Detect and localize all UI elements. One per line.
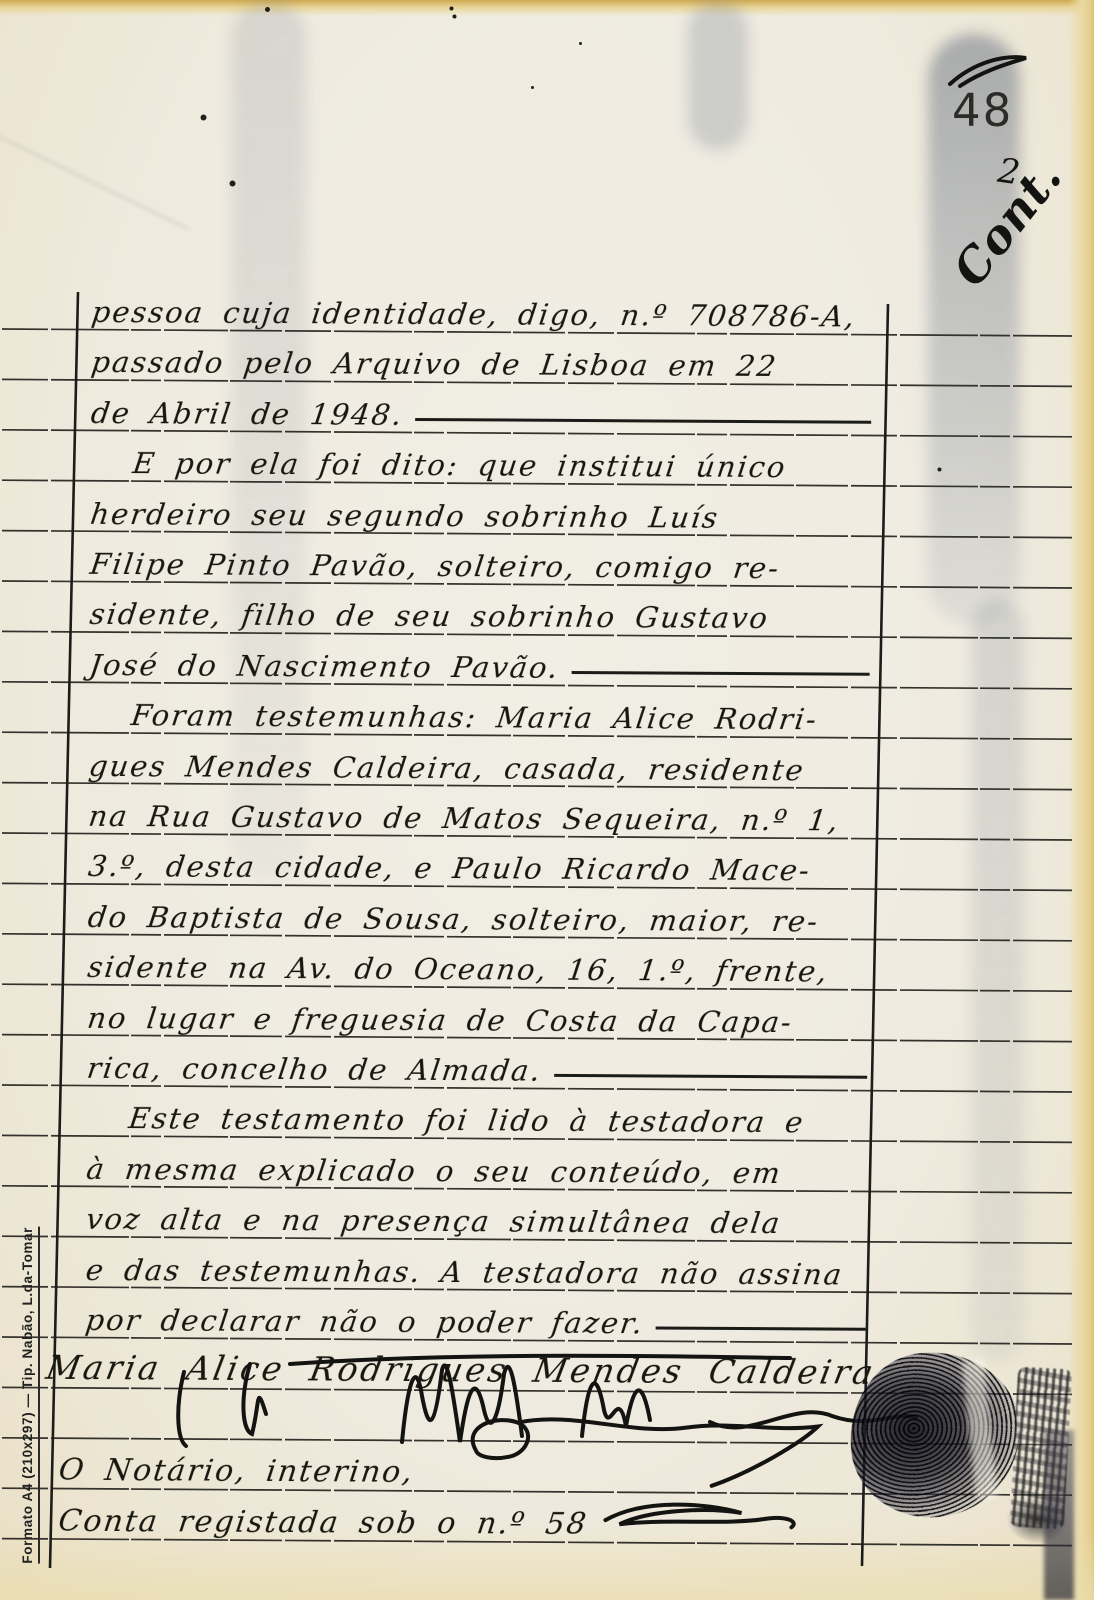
page-number-stamp: 48 bbox=[952, 84, 1013, 137]
manuscript-text: e das testemunhas. A testadora não assin… bbox=[84, 1253, 845, 1292]
manuscript-line: Foram testemunhas: Maria Alice Rodri- bbox=[87, 686, 915, 737]
line-filler-stroke bbox=[656, 1326, 866, 1330]
manuscript-text: voz alta e na presença simultânea dela bbox=[84, 1202, 783, 1240]
line-filler-stroke bbox=[415, 418, 871, 424]
manuscript-line: passado pelo Arquivo de Lisboa em 22 bbox=[89, 333, 875, 384]
manuscript-line: E por ela foi dito: que institui único bbox=[89, 434, 917, 485]
manuscript-line: do Baptista de Sousa, solteiro, maior, r… bbox=[86, 888, 872, 939]
manuscript-text: à mesma explicado o seu conteúdo, em bbox=[84, 1152, 783, 1190]
manuscript-text: sidente na Av. do Oceano, 16, 1.º, frent… bbox=[86, 950, 831, 988]
manuscript-line: José do Nascimento Pavão. bbox=[88, 636, 874, 687]
manuscript-text: Foram testemunhas: Maria Alice Rodri- bbox=[129, 698, 820, 736]
manuscript-line: pessoa cuja identidade, digo, n.º 708786… bbox=[90, 283, 876, 334]
manuscript-line: rica, concelho de Almada. bbox=[85, 1039, 871, 1090]
manuscript-text: do Baptista de Sousa, solteiro, maior, r… bbox=[86, 900, 821, 938]
manuscript-line: voz alta e na presença simultânea dela bbox=[84, 1190, 870, 1241]
line-filler-stroke bbox=[554, 1074, 867, 1079]
manuscript-text: sidente, filho de seu sobrinho Gustavo bbox=[88, 597, 771, 635]
manuscript-text: passado pelo Arquivo de Lisboa em 22 bbox=[89, 345, 779, 383]
manuscript-line: Filipe Pinto Pavão, solteiro, comigo re- bbox=[88, 535, 874, 586]
manuscript-text: Este testamento foi lido à testadora e bbox=[127, 1102, 807, 1140]
manuscript-line: à mesma explicado o seu conteúdo, em bbox=[84, 1140, 870, 1191]
manuscript-text: José do Nascimento Pavão. bbox=[88, 648, 562, 685]
manuscript-line: 3.º, desta cidade, e Paulo Ricardo Mace- bbox=[86, 837, 872, 888]
edge-smear bbox=[1044, 1430, 1074, 1600]
manuscript-text: por declarar não o poder fazer. bbox=[84, 1303, 647, 1340]
manuscript-text: na Rua Gustavo de Matos Sequeira, n.º 1, bbox=[87, 799, 842, 838]
manuscript-text: rica, concelho de Almada. bbox=[85, 1051, 544, 1088]
manuscript-line: no lugar e freguesia de Costa da Capa- bbox=[85, 989, 871, 1040]
manuscript-line: sidente na Av. do Oceano, 16, 1.º, frent… bbox=[86, 938, 872, 989]
line-filler-stroke bbox=[571, 671, 869, 676]
manuscript-line: por declarar não o poder fazer. bbox=[84, 1291, 870, 1342]
manuscript-line: sidente, filho de seu sobrinho Gustavo bbox=[88, 585, 874, 636]
manuscript-line: de Abril de 1948. bbox=[89, 384, 875, 435]
manuscript-line: Este testamento foi lido à testadora e bbox=[85, 1089, 913, 1140]
manuscript-text: 3.º, desta cidade, e Paulo Ricardo Mace- bbox=[86, 849, 813, 887]
manuscript-text: Filipe Pinto Pavão, solteiro, comigo re- bbox=[88, 547, 782, 585]
manuscript-line: na Rua Gustavo de Matos Sequeira, n.º 1, bbox=[87, 787, 873, 838]
manuscript-line: herdeiro seu segundo sobrinho Luís bbox=[88, 485, 874, 536]
manuscript-line: gues Mendes Caldeira, casada, residente bbox=[87, 737, 873, 788]
manuscript-text: herdeiro seu segundo sobrinho Luís bbox=[88, 497, 721, 535]
manuscript-text: E por ela foi dito: que institui único bbox=[131, 446, 789, 484]
manuscript-text: no lugar e freguesia de Costa da Capa- bbox=[85, 1001, 795, 1039]
manuscript-line: e das testemunhas. A testadora não assin… bbox=[84, 1241, 870, 1292]
manuscript-text: gues Mendes Caldeira, casada, residente bbox=[87, 749, 807, 787]
manuscript-text: pessoa cuja identidade, digo, n.º 708786… bbox=[90, 295, 859, 334]
printer-imprint: Formato A4 (210x297) — Tip. Nabão, L.da-… bbox=[20, 1227, 40, 1564]
manuscript-text: de Abril de 1948. bbox=[89, 396, 405, 432]
